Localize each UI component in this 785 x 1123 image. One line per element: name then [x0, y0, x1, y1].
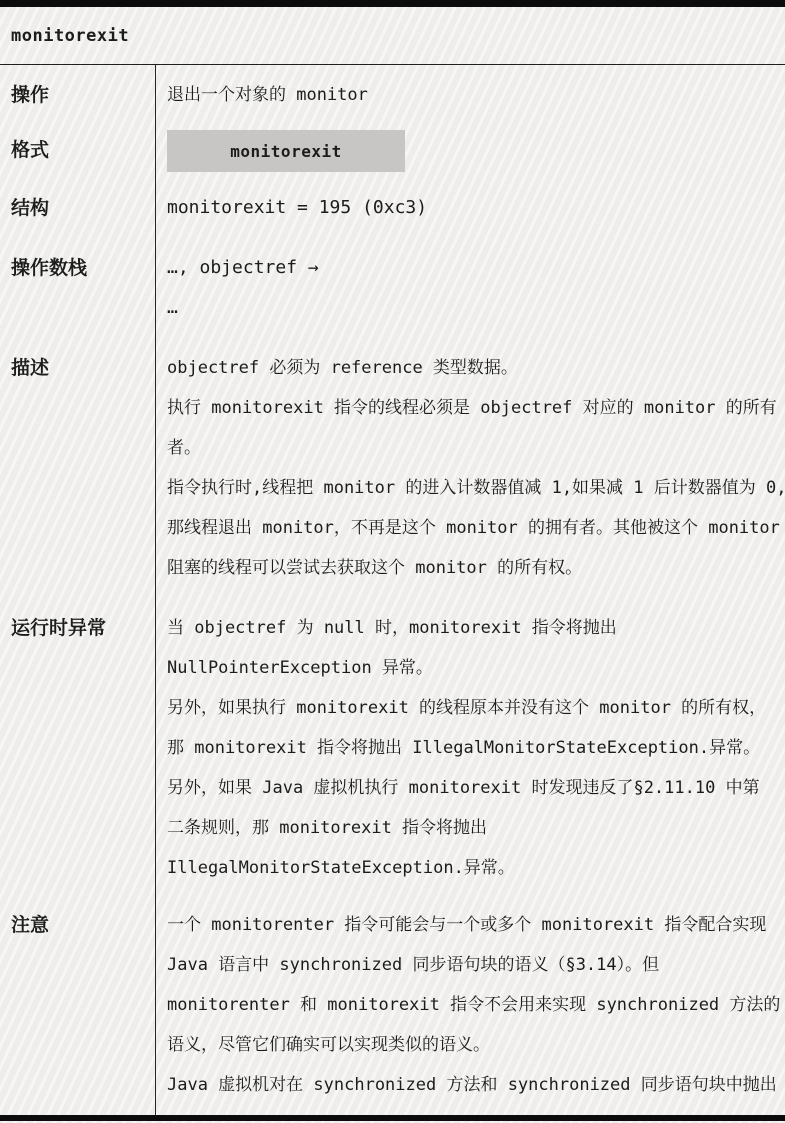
row-label: 操作: [0, 65, 155, 115]
text-line: 另外，如果 Java 虚拟机执行 monitorexit 时发现违反了§2.11…: [167, 768, 779, 808]
text-line: 那线程退出 monitor，不再是这个 monitor 的拥有者。其他被这个 m…: [167, 508, 779, 548]
row-notes: 注意 一个 monitorenter 指令可能会与一个或多个 monitorex…: [0, 888, 785, 1115]
format-opcode-text: monitorexit: [230, 142, 341, 161]
text-line: 语义，尽管它们确实可以实现类似的语义。: [167, 1025, 779, 1065]
row-label: 操作数栈: [0, 228, 155, 328]
row-content: objectref 必须为 reference 类型数据。 执行 monitor…: [155, 328, 785, 588]
row-content: …, objectref → …: [155, 228, 785, 328]
text-line: 当 objectref 为 null 时，monitorexit 指令将抛出: [167, 608, 779, 648]
row-label: 格式: [0, 115, 155, 172]
row-content: 退出一个对象的 monitor: [155, 65, 785, 115]
text-line: 阻塞的线程可以尝试去获取这个 monitor 的所有权。: [167, 548, 779, 588]
text-line: …, objectref →: [167, 248, 779, 288]
instruction-doc-page: monitorexit 操作 退出一个对象的 monitor 格式 monito…: [0, 0, 785, 1121]
row-operation: 操作 退出一个对象的 monitor: [0, 65, 785, 115]
row-content: monitorexit = 195 (0xc3): [155, 172, 785, 228]
text-line: 一个 monitorenter 指令可能会与一个或多个 monitorexit …: [167, 905, 779, 945]
text-line: …: [167, 288, 779, 328]
text-line: Java 语言中 synchronized 同步语句块的语义（§3.14）。但: [167, 945, 779, 985]
text-line: 那 monitorexit 指令将抛出 IllegalMonitorStateE…: [167, 728, 779, 768]
row-content: monitorexit: [155, 115, 785, 172]
text-line: Java 虚拟机对在 synchronized 方法和 synchronized…: [167, 1065, 779, 1105]
row-content: 一个 monitorenter 指令可能会与一个或多个 monitorexit …: [155, 888, 785, 1115]
text-line: 退出一个对象的 monitor: [167, 75, 779, 115]
text-line: 另外，如果执行 monitorexit 的线程原本并没有这个 monitor 的…: [167, 688, 779, 728]
page-header: monitorexit: [0, 7, 785, 65]
instruction-table: 操作 退出一个对象的 monitor 格式 monitorexit 结构 mon…: [0, 65, 785, 1121]
row-content: 当 objectref 为 null 时，monitorexit 指令将抛出 N…: [155, 588, 785, 888]
text-line: NullPointerException 异常。: [167, 648, 779, 688]
text-line: 执行 monitorexit 指令的线程必须是 objectref 对应的 mo…: [167, 388, 779, 428]
row-structure: 结构 monitorexit = 195 (0xc3): [0, 172, 785, 228]
text-line: monitorexit = 195 (0xc3): [167, 188, 779, 228]
top-divider: [0, 0, 785, 7]
text-line: monitorenter 和 monitorexit 指令不会用来实现 sync…: [167, 985, 779, 1025]
row-label: 描述: [0, 328, 155, 588]
text-line: 二条规则，那 monitorexit 指令将抛出: [167, 808, 779, 848]
row-description: 描述 objectref 必须为 reference 类型数据。 执行 moni…: [0, 328, 785, 588]
text-line: 指令执行时,线程把 monitor 的进入计数器值减 1,如果减 1 后计数器值…: [167, 468, 779, 508]
page-title: monitorexit: [11, 26, 129, 46]
text-line: objectref 必须为 reference 类型数据。: [167, 348, 779, 388]
text-line: 者。: [167, 428, 779, 468]
row-runtime-exceptions: 运行时异常 当 objectref 为 null 时，monitorexit 指…: [0, 588, 785, 888]
row-label: 运行时异常: [0, 588, 155, 888]
text-line: IllegalMonitorStateException.异常。: [167, 848, 779, 888]
row-label: 注意: [0, 888, 155, 1115]
row-operand-stack: 操作数栈 …, objectref → …: [0, 228, 785, 328]
format-opcode-box: monitorexit: [167, 130, 405, 172]
row-label: 结构: [0, 172, 155, 228]
row-format: 格式 monitorexit: [0, 115, 785, 172]
